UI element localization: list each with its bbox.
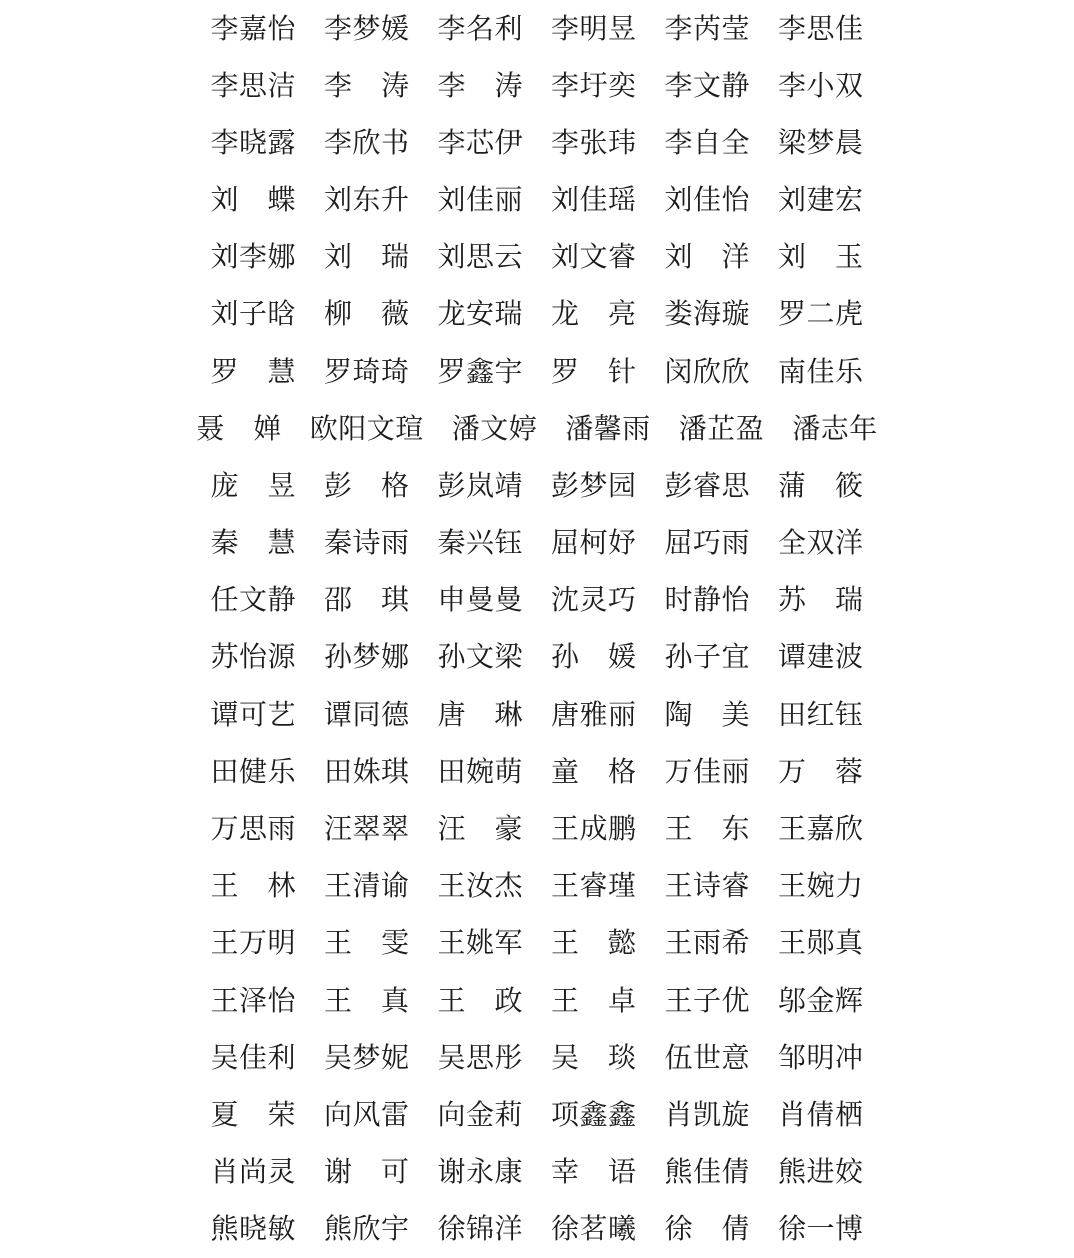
name-cell: 陶 美 <box>665 701 751 729</box>
name-cell: 刘佳瑶 <box>551 186 637 214</box>
name-cell: 谢永康 <box>437 1158 523 1186</box>
name-cell: 孙梦娜 <box>324 643 410 671</box>
name-cell: 万 蓉 <box>778 758 864 786</box>
name-list: 李嘉怡李梦媛李名利李明昱李芮莹李思佳李思洁李 涛李 涛李圩奕李文静李小双李晓露李… <box>0 0 1074 1258</box>
name-cell: 肖尚灵 <box>210 1158 296 1186</box>
name-cell: 熊进姣 <box>778 1158 864 1186</box>
name-row: 夏 荣向风雷向金莉项鑫鑫肖凯旋肖倩栖 <box>0 1086 1074 1143</box>
name-cell: 王成鹏 <box>551 815 637 843</box>
name-cell: 潘芷盈 <box>679 415 765 443</box>
name-cell: 刘建宏 <box>778 186 864 214</box>
name-cell: 刘佳怡 <box>665 186 751 214</box>
name-cell: 徐锦洋 <box>437 1215 523 1243</box>
name-cell: 肖倩栖 <box>778 1101 864 1129</box>
name-cell: 南佳乐 <box>778 358 864 386</box>
name-cell: 熊佳倩 <box>665 1158 751 1186</box>
name-cell: 王 懿 <box>551 929 637 957</box>
name-cell: 王诗睿 <box>665 872 751 900</box>
name-cell: 李 涛 <box>324 72 410 100</box>
name-cell: 刘 玉 <box>778 243 864 271</box>
name-cell: 王 政 <box>437 987 523 1015</box>
name-cell: 王雨希 <box>665 929 751 957</box>
name-cell: 柳 薇 <box>324 300 410 328</box>
name-row: 刘 蝶刘东升刘佳丽刘佳瑶刘佳怡刘建宏 <box>0 172 1074 229</box>
name-cell: 罗鑫宇 <box>437 358 523 386</box>
name-cell: 彭睿思 <box>665 472 751 500</box>
name-cell: 屈柯妤 <box>551 529 637 557</box>
name-cell: 肖凯旋 <box>665 1101 751 1129</box>
name-cell: 王 卓 <box>551 987 637 1015</box>
name-cell: 汪翠翠 <box>324 815 410 843</box>
name-cell: 王婉力 <box>778 872 864 900</box>
name-cell: 邵 琪 <box>324 586 410 614</box>
name-cell: 秦 慧 <box>210 529 296 557</box>
name-cell: 李梦媛 <box>324 15 410 43</box>
name-cell: 王 东 <box>665 815 751 843</box>
name-cell: 刘 洋 <box>665 243 751 271</box>
name-cell: 李张玮 <box>551 129 637 157</box>
name-cell: 田姝琪 <box>324 758 410 786</box>
name-cell: 彭岚靖 <box>437 472 523 500</box>
name-row: 李嘉怡李梦媛李名利李明昱李芮莹李思佳 <box>0 0 1074 57</box>
name-cell: 谭同德 <box>324 701 410 729</box>
name-cell: 汪 豪 <box>437 815 523 843</box>
name-cell: 吴 琰 <box>551 1044 637 1072</box>
name-row: 李晓露李欣书李芯伊李张玮李自全梁梦晨 <box>0 114 1074 171</box>
name-cell: 李小双 <box>778 72 864 100</box>
name-cell: 唐 琳 <box>437 701 523 729</box>
name-cell: 王嘉欣 <box>778 815 864 843</box>
name-row: 刘李娜刘 瑞刘思云刘文睿刘 洋刘 玉 <box>0 229 1074 286</box>
name-cell: 罗琦琦 <box>324 358 410 386</box>
name-cell: 孙子宜 <box>665 643 751 671</box>
name-cell: 秦诗雨 <box>324 529 410 557</box>
name-cell: 李嘉怡 <box>210 15 296 43</box>
name-cell: 闵欣欣 <box>665 358 751 386</box>
name-cell: 刘东升 <box>324 186 410 214</box>
name-cell: 潘文婷 <box>452 415 538 443</box>
name-row: 秦 慧秦诗雨秦兴钰屈柯妤屈巧雨全双洋 <box>0 515 1074 572</box>
name-row: 王泽怡王 真王 政王 卓王子优邬金辉 <box>0 972 1074 1029</box>
name-cell: 彭梦园 <box>551 472 637 500</box>
name-cell: 王 雯 <box>324 929 410 957</box>
name-cell: 田健乐 <box>210 758 296 786</box>
name-row: 王万明王 雯王姚军王 懿王雨希王郧真 <box>0 915 1074 972</box>
name-cell: 刘 蝶 <box>210 186 296 214</box>
name-cell: 李思佳 <box>778 15 864 43</box>
name-cell: 王子优 <box>665 987 751 1015</box>
name-cell: 罗 慧 <box>210 358 296 386</box>
name-row: 庞 昱彭 格彭岚靖彭梦园彭睿思蒲 筱 <box>0 457 1074 514</box>
name-cell: 唐雅丽 <box>551 701 637 729</box>
name-cell: 刘 瑞 <box>324 243 410 271</box>
name-cell: 任文静 <box>210 586 296 614</box>
name-cell: 夏 荣 <box>210 1101 296 1129</box>
name-cell: 李晓露 <box>210 129 296 157</box>
name-cell: 吴梦妮 <box>324 1044 410 1072</box>
name-cell: 李名利 <box>437 15 523 43</box>
name-row: 熊晓敏熊欣宇徐锦洋徐茗曦徐 倩徐一博 <box>0 1201 1074 1258</box>
name-cell: 王 真 <box>324 987 410 1015</box>
name-cell: 王汝杰 <box>437 872 523 900</box>
name-cell: 王 林 <box>210 872 296 900</box>
name-cell: 李明昱 <box>551 15 637 43</box>
name-row: 田健乐田姝琪田婉萌童 格万佳丽万 蓉 <box>0 743 1074 800</box>
name-cell: 徐一博 <box>778 1215 864 1243</box>
name-cell: 王睿瑾 <box>551 872 637 900</box>
name-cell: 田红钰 <box>778 701 864 729</box>
name-row: 刘子晗柳 薇龙安瑞龙 亮娄海璇罗二虎 <box>0 286 1074 343</box>
name-cell: 伍世意 <box>665 1044 751 1072</box>
name-cell: 刘李娜 <box>210 243 296 271</box>
name-row: 王 林王清谕王汝杰王睿瑾王诗睿王婉力 <box>0 858 1074 915</box>
name-cell: 秦兴钰 <box>437 529 523 557</box>
name-cell: 屈巧雨 <box>665 529 751 557</box>
name-cell: 吴佳利 <box>210 1044 296 1072</box>
name-cell: 刘子晗 <box>210 300 296 328</box>
name-cell: 欧阳文瑄 <box>310 415 424 443</box>
name-cell: 李自全 <box>665 129 751 157</box>
name-row: 肖尚灵谢 可谢永康幸 语熊佳倩熊进姣 <box>0 1143 1074 1200</box>
name-cell: 李芯伊 <box>437 129 523 157</box>
name-cell: 孙文梁 <box>437 643 523 671</box>
name-cell: 罗二虎 <box>778 300 864 328</box>
name-cell: 幸 语 <box>551 1158 637 1186</box>
name-cell: 娄海璇 <box>665 300 751 328</box>
name-cell: 龙安瑞 <box>437 300 523 328</box>
name-row: 任文静邵 琪申曼曼沈灵巧时静怡苏 瑞 <box>0 572 1074 629</box>
name-cell: 向风雷 <box>324 1101 410 1129</box>
name-cell: 项鑫鑫 <box>551 1101 637 1129</box>
name-cell: 谭建波 <box>778 643 864 671</box>
name-cell: 谢 可 <box>324 1158 410 1186</box>
name-cell: 时静怡 <box>665 586 751 614</box>
name-cell: 潘志年 <box>792 415 878 443</box>
name-cell: 王郧真 <box>778 929 864 957</box>
name-cell: 李欣书 <box>324 129 410 157</box>
name-cell: 孙 媛 <box>551 643 637 671</box>
name-cell: 万佳丽 <box>665 758 751 786</box>
name-row: 罗 慧罗琦琦罗鑫宇罗 针闵欣欣南佳乐 <box>0 343 1074 400</box>
name-cell: 蒲 筱 <box>778 472 864 500</box>
name-cell: 万思雨 <box>210 815 296 843</box>
name-row: 李思洁李 涛李 涛李圩奕李文静李小双 <box>0 57 1074 114</box>
name-cell: 李芮莹 <box>665 15 751 43</box>
name-cell: 龙 亮 <box>551 300 637 328</box>
name-row: 苏怡源孙梦娜孙文梁孙 媛孙子宜谭建波 <box>0 629 1074 686</box>
name-cell: 熊欣宇 <box>324 1215 410 1243</box>
name-cell: 王万明 <box>210 929 296 957</box>
name-cell: 童 格 <box>551 758 637 786</box>
name-cell: 刘思云 <box>437 243 523 271</box>
name-row: 聂 婵欧阳文瑄潘文婷潘馨雨潘芷盈潘志年 <box>0 400 1074 457</box>
name-cell: 聂 婵 <box>196 415 282 443</box>
name-cell: 熊晓敏 <box>210 1215 296 1243</box>
name-cell: 刘文睿 <box>551 243 637 271</box>
name-cell: 李思洁 <box>210 72 296 100</box>
name-cell: 王姚军 <box>437 929 523 957</box>
name-cell: 梁梦晨 <box>778 129 864 157</box>
name-cell: 彭 格 <box>324 472 410 500</box>
name-cell: 沈灵巧 <box>551 586 637 614</box>
name-cell: 罗 针 <box>551 358 637 386</box>
name-cell: 刘佳丽 <box>437 186 523 214</box>
name-cell: 李文静 <box>665 72 751 100</box>
name-cell: 李 涛 <box>437 72 523 100</box>
name-cell: 王泽怡 <box>210 987 296 1015</box>
name-cell: 全双洋 <box>778 529 864 557</box>
name-cell: 徐茗曦 <box>551 1215 637 1243</box>
name-row: 万思雨汪翠翠汪 豪王成鹏王 东王嘉欣 <box>0 800 1074 857</box>
name-cell: 潘馨雨 <box>565 415 651 443</box>
name-cell: 苏怡源 <box>210 643 296 671</box>
name-cell: 邹明冲 <box>778 1044 864 1072</box>
name-cell: 庞 昱 <box>210 472 296 500</box>
name-cell: 田婉萌 <box>437 758 523 786</box>
name-cell: 苏 瑞 <box>778 586 864 614</box>
name-cell: 李圩奕 <box>551 72 637 100</box>
name-cell: 向金莉 <box>437 1101 523 1129</box>
name-row: 谭可艺谭同德唐 琳唐雅丽陶 美田红钰 <box>0 686 1074 743</box>
name-cell: 王清谕 <box>324 872 410 900</box>
name-cell: 申曼曼 <box>437 586 523 614</box>
name-cell: 邬金辉 <box>778 987 864 1015</box>
name-cell: 徐 倩 <box>665 1215 751 1243</box>
name-row: 吴佳利吴梦妮吴思彤吴 琰伍世意邹明冲 <box>0 1029 1074 1086</box>
name-cell: 吴思彤 <box>437 1044 523 1072</box>
name-cell: 谭可艺 <box>210 701 296 729</box>
